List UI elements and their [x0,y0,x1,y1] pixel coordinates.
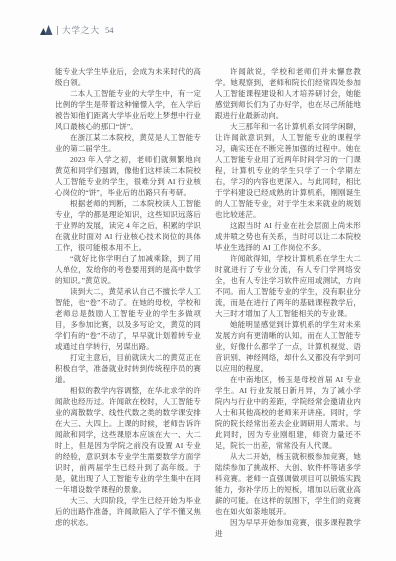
paragraph: 大三、大四阶段，学生已经开始为毕业后的出路作准备，许闻歆陷入了学不懂又焦虑的状态… [55,495,201,528]
paragraph: 因为早早开始参加竞赛，很多课程教学进 [215,517,361,539]
page-header: 大学之大 54 [40,25,114,35]
paragraph: 打定主意后，目前就读大二的黄苋正在积极自学，准备就业时转到传统程序员的赛道。 [55,352,201,385]
paragraph: 许闻歆说，学校和老师们并未懈怠教学。她观察到，老师和院长们经常四处参加人工智能课… [215,66,361,121]
paragraph: 读到大二，黄苋承认自己不擅长学人工智能，也“卷”不动了。在她的母校，学校和老师总… [55,286,201,352]
paragraph: 相似的教学内容调整，在华北求学的许闻歆也经历过。许闻歆在校时，人工智能专业的离散… [55,385,201,495]
paragraph: “就好比你学明白了加减乘除，到了用人单位，发给你的考卷要用到的是高中数学的知识。… [55,253,201,286]
text-column-right: 许闻歆说，学校和老师们并未懈怠教学。她观察到，老师和院长们经常四处参加人工智能课… [215,66,361,539]
paragraph: 二本人工智能专业的大学生中，有一定比例的学生是带着这种憧憬入学，在入学后被告知他… [55,88,201,132]
mountain-peaks-logo-icon [40,25,53,35]
paragraph: 在浙江某二本院校，黄苋是人工智能专业的第二届学生。 [55,132,201,154]
paragraph: 在中南地区，杨玉是母校首届 AI 专业学生。AI 行业发展日新月异，为了减小学院… [215,374,361,451]
paragraph: 从大二开始，杨玉就积极参加竞赛，她陆续参加了挑战杯、大创、软件杯等诸多学科竞赛。… [215,451,361,517]
publication-title: 大学之大 [62,25,100,35]
text-column-left: 能专业大学生毕业后，会成为未来时代的高级白领。二本人工智能专业的大学生中，有一定… [55,66,201,539]
paragraph: 这跟当时 AI 行业在社会层面上尚未形成井喷之势也有关系，当时可以让二本院校毕业… [215,220,361,253]
header-divider [57,26,58,35]
magazine-page: 大学之大 54 能专业大学生毕业后，会成为未来时代的高级白领。二本人工智能专业的… [0,0,396,561]
paragraph: 根据老师的判断，二本院校读人工智能专业，学的都是理论知识，这些知识远落后于业界的… [55,198,201,253]
article-body: 能专业大学生毕业后，会成为未来时代的高级白领。二本人工智能专业的大学生中，有一定… [55,66,361,539]
paragraph: 许闻歆得知，学校计算机系在学生大二时就进行了专业分流，有人专门学网络安全，也有人… [215,253,361,319]
paragraph: 2023 年入学之初，老师们就频繁地向黄苋和同学们强调，像他们这样读二本院校人工… [55,154,201,198]
paragraph: 大三那年和一名计算机系女同学闲聊，让许闻歆意识到，人工智能专业的课程学习，确实还… [215,121,361,220]
paragraph: 能专业大学生毕业后，会成为未来时代的高级白领。 [55,66,201,88]
paragraph: 她能明显感觉到计算机系的学生对未来发展方向有更清晰的认知。而在人工智能专业，好像… [215,319,361,374]
page-number: 54 [105,25,114,35]
